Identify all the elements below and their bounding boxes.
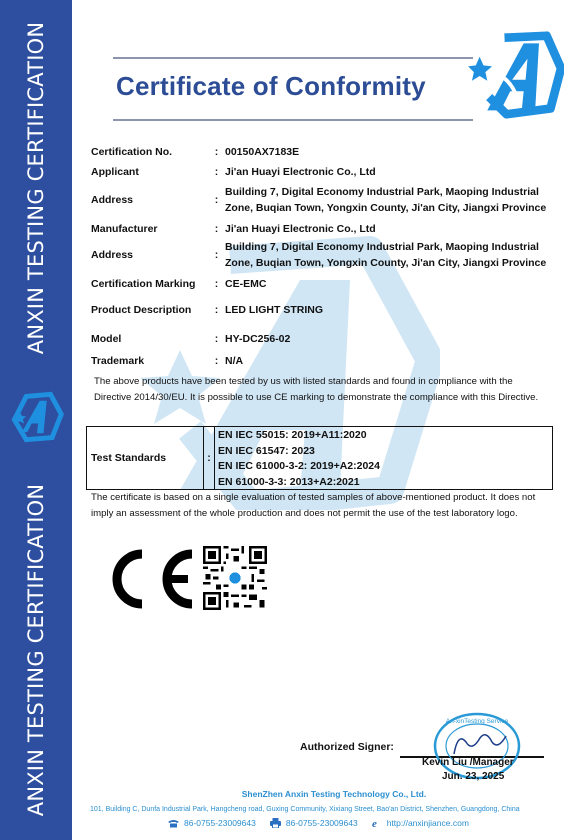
field-colon: : [208,166,225,178]
sidebar-brand-text-bottom: ANXIN TESTING CERTIFICATION [24,484,48,817]
field-value: N/A [225,353,565,369]
field-model: Model : HY-DC256-02 [91,331,565,347]
test-standards-list: EN IEC 55015: 2019+A11:2020 EN IEC 61547… [215,427,380,489]
website-link[interactable]: http://anxinjiance.com [387,818,469,828]
title-rule-top [113,57,473,59]
footer-company-name: ShenZhen Anxin Testing Technology Co., L… [0,789,588,799]
field-value: Building 7, Digital Economy Industrial P… [225,239,565,271]
field-value: LED LIGHT STRING [225,302,565,318]
field-manufacturer: Manufacturer : Ji'an Huayi Electronic Co… [91,221,565,237]
disclaimer: The certificate is based on a single eva… [91,490,551,521]
field-label: Manufacturer [91,223,208,235]
anxin-logo-icon [10,390,64,444]
footer-phone: 86-0755-23009643 [168,818,256,828]
field-product-description: Product Description : LED LIGHT STRING [91,302,565,318]
phone-number: 86-0755-23009643 [184,818,256,828]
field-value: CE-EMC [225,276,565,292]
footer-contacts: 86-0755-23009643 86-0755-23009643 e http… [168,818,483,828]
field-manufacturer-address: Address : Building 7, Digital Economy In… [91,239,565,271]
field-label: Address [91,249,208,261]
browser-e-icon: e [372,818,382,828]
field-colon: : [208,223,225,235]
footer-website[interactable]: e http://anxinjiance.com [372,818,469,828]
field-value: Ji'an Huayi Electronic Co., Ltd [225,164,565,180]
field-label: Certification No. [91,146,208,158]
field-applicant-address: Address : Building 7, Digital Economy In… [91,184,565,216]
test-standard-item: EN 61000-3-3: 2013+A2:2021 [218,475,380,491]
company-stamp-icon: An-xinTesting Service [432,712,522,780]
anxin-logo-icon [468,30,564,120]
sidebar: ANXIN TESTING CERTIFICATION ANXIN TESTIN… [0,0,72,840]
sidebar-brand-text-top: ANXIN TESTING CERTIFICATION [24,22,48,355]
field-label: Applicant [91,166,208,178]
field-label: Address [91,194,208,206]
field-label: Certification Marking [91,278,208,290]
field-colon: : [208,278,225,290]
signer-name: Kevin Liu /Manager [422,757,514,768]
field-label: Trademark [91,355,208,367]
field-colon: : [208,355,225,367]
field-certification-no: Certification No. : 00150AX7183E [91,144,565,160]
field-value: HY-DC256-02 [225,331,565,347]
field-colon: : [208,194,225,206]
field-value: Ji'an Huayi Electronic Co., Ltd [225,221,565,237]
svg-text:An-xinTesting Service: An-xinTesting Service [446,718,509,725]
field-colon: : [208,146,225,158]
authorized-signer-label: Authorized Signer: [300,741,394,753]
test-standard-item: EN IEC 61000-3-2: 2019+A2:2024 [218,459,380,475]
svg-text:e: e [372,818,377,828]
test-standards-table: Test Standards : EN IEC 55015: 2019+A11:… [86,426,553,490]
field-trademark: Trademark : N/A [91,353,565,369]
field-applicant: Applicant : Ji'an Huayi Electronic Co., … [91,164,565,180]
field-colon: : [208,304,225,316]
field-value: Building 7, Digital Economy Industrial P… [225,184,565,216]
fax-icon [270,818,281,828]
field-colon: : [204,427,215,489]
field-colon: : [208,249,225,261]
title-rule-bottom [113,119,473,121]
footer-fax: 86-0755-23009643 [270,818,358,828]
ce-mark-icon [98,548,198,610]
test-standard-item: EN IEC 61547: 2023 [218,444,380,460]
test-standard-item: EN IEC 55015: 2019+A11:2020 [218,428,380,444]
phone-icon [168,819,179,828]
field-certification-marking: Certification Marking : CE-EMC [91,276,565,292]
field-value: 00150AX7183E [225,144,565,160]
fax-number: 86-0755-23009643 [286,818,358,828]
page-title: Certificate of Conformity [116,71,426,102]
compliance-statement: The above products have been tested by u… [94,374,544,405]
footer-address: 101, Building C, Dunfa Industrial Park, … [90,806,520,813]
signature-date: Jun. 23, 2025 [442,771,504,782]
field-label: Product Description [91,304,208,316]
test-standards-label: Test Standards [87,427,204,489]
field-label: Model [91,333,208,345]
field-colon: : [208,333,225,345]
qr-code[interactable] [203,546,267,610]
